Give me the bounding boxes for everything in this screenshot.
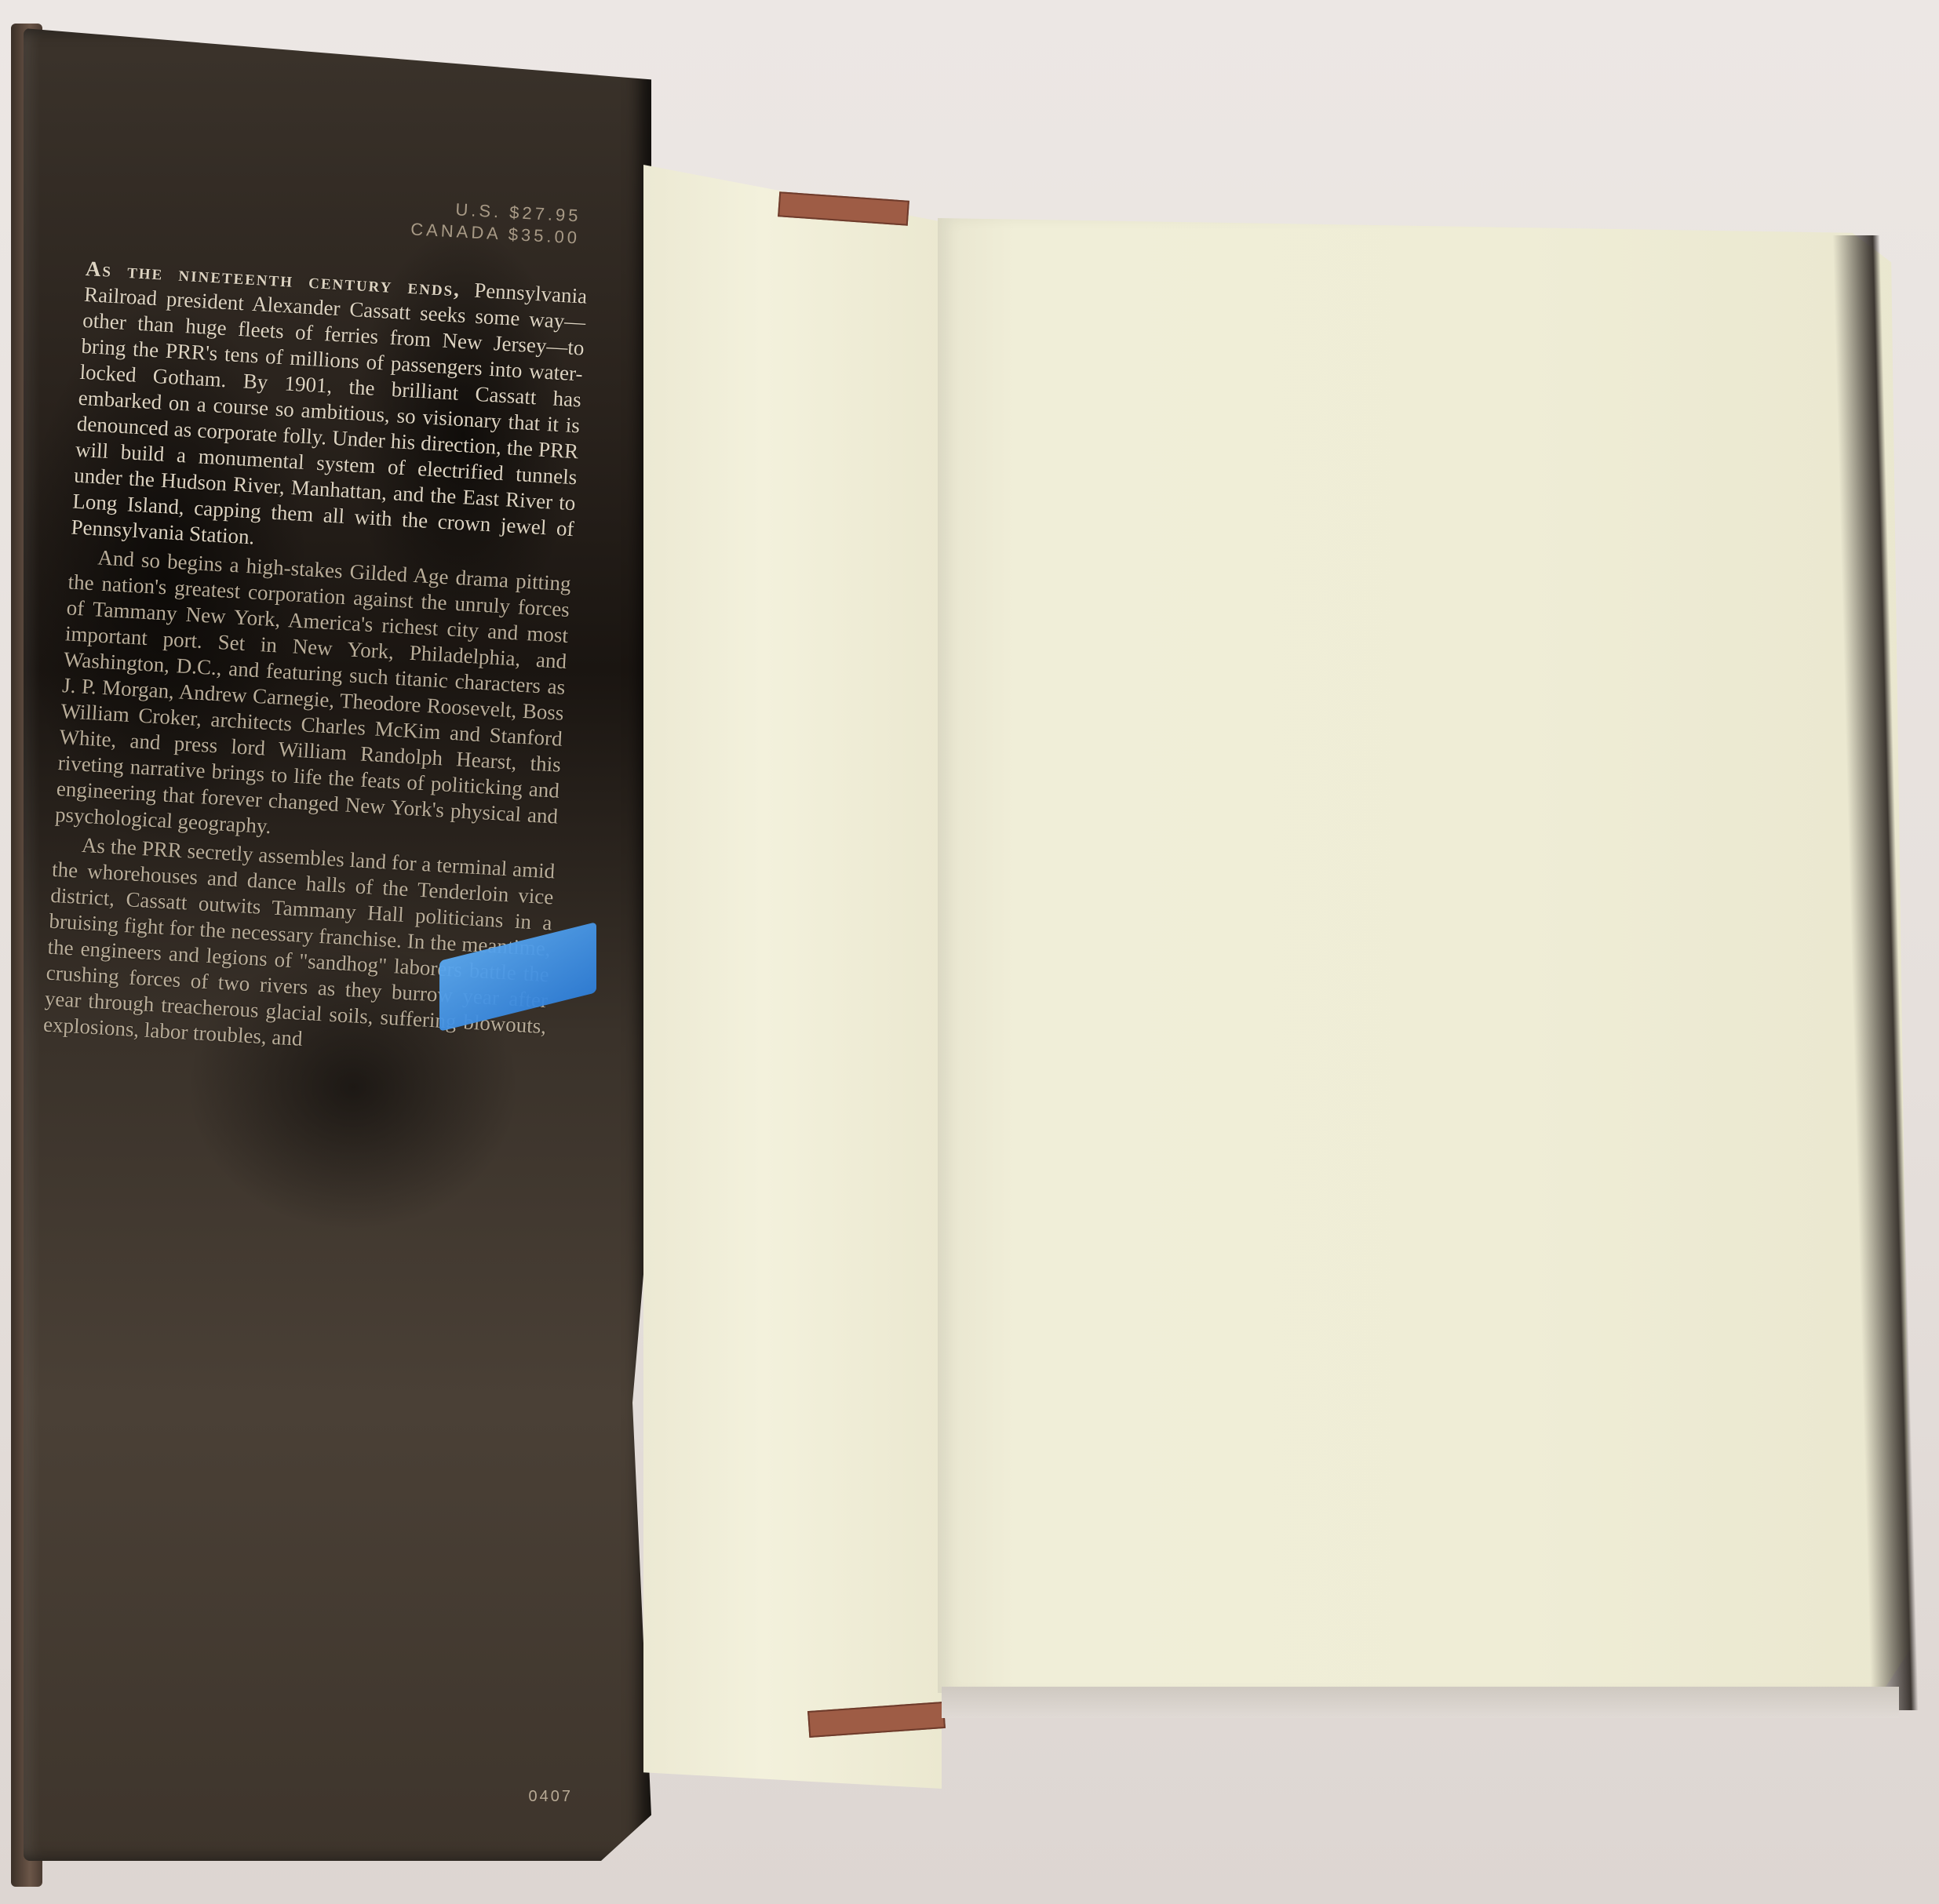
flap-paragraph-2: And so begins a high-stakes Gilded Age d… [54,543,571,855]
blank-endpaper-page [938,218,1911,1693]
flap-paragraph-3: As the PRR secretly assembles land for a… [42,831,556,1065]
price-block: U.S. $27.95 CANADA $35.00 [410,196,582,249]
inner-endpaper-flap [643,165,942,1789]
flap-paragraph-1-text: Pennsylvania Railroad president Alexande… [71,279,588,549]
book-photo: U.S. $27.95 CANADA $35.00 As the ninetee… [0,0,1939,1904]
flap-paragraph-1: As the nineteenth century ends, Pennsylv… [71,256,588,568]
book-bottom-shadow [942,1687,1899,1718]
flap-code: 0407 [529,1788,574,1806]
